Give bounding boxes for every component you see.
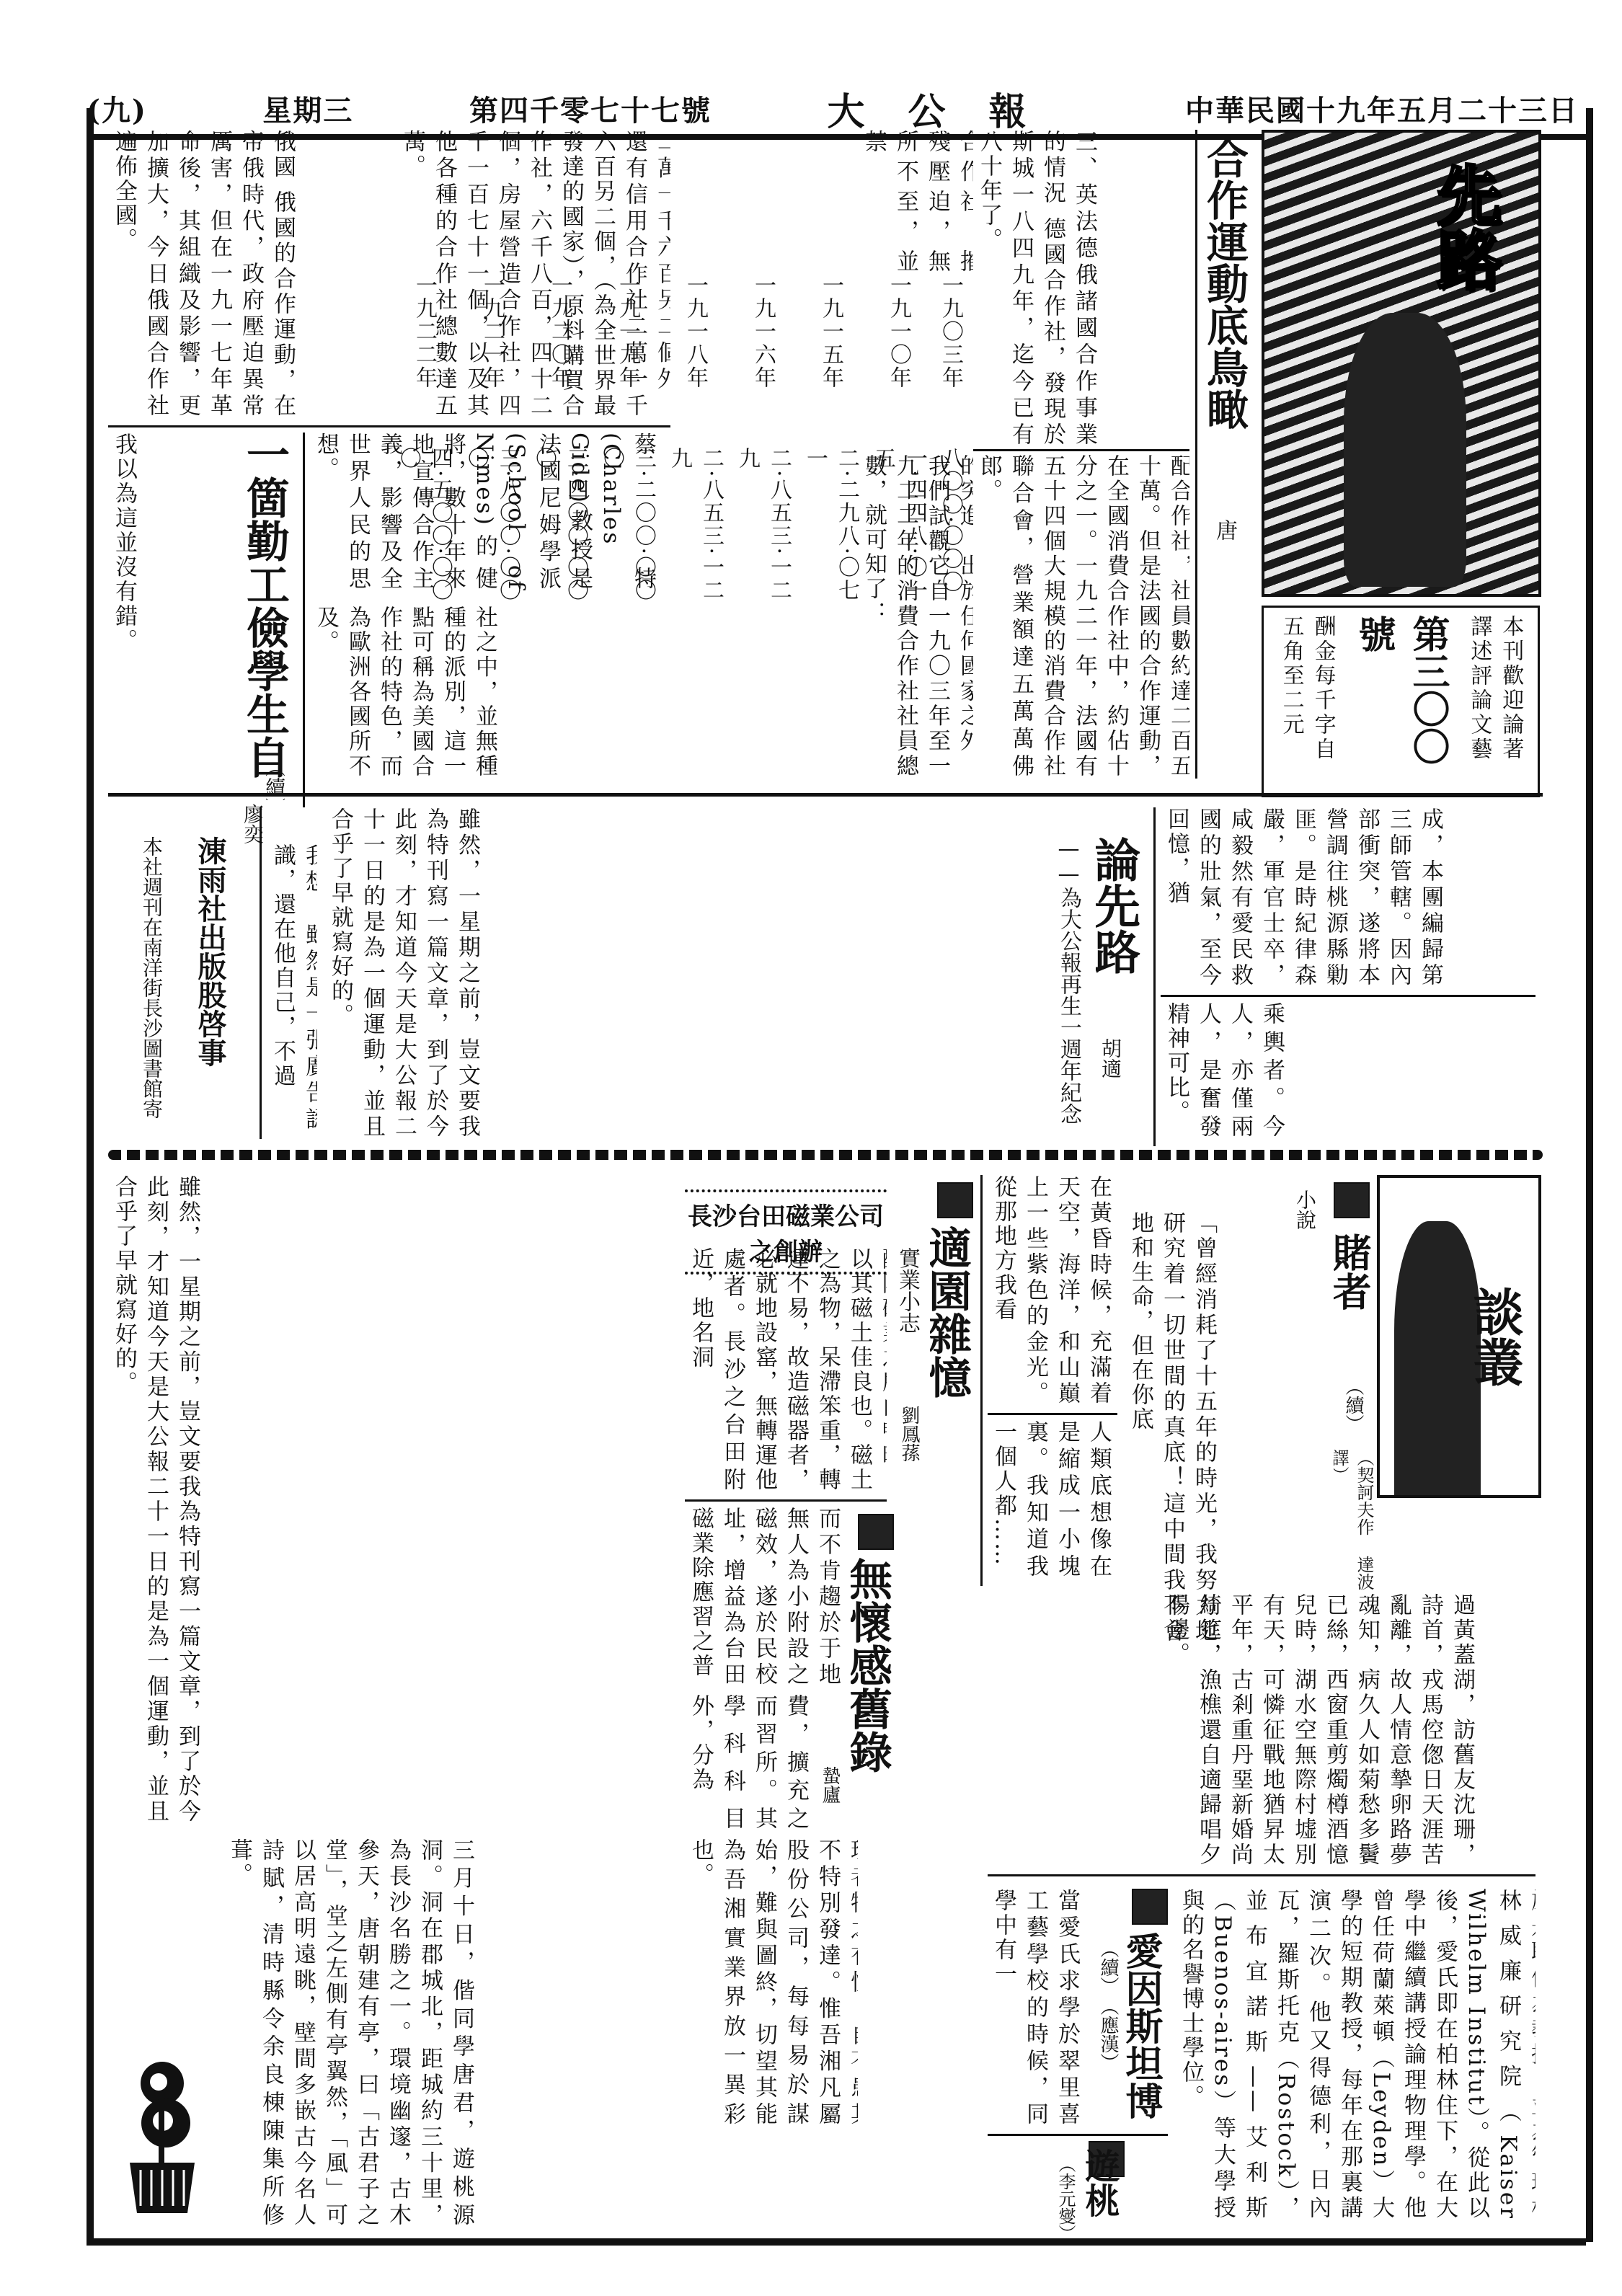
talk-column-illustration: 談叢 <box>1377 1175 1541 1498</box>
column-divider <box>260 807 262 1139</box>
advertisement-text: 我想，雖然是一張廣告認識，還在他自己，不過 <box>267 843 317 1132</box>
column-notice-box: 本刊歡迎論著 譯述評論文藝 第三〇〇號 酬金每千字自 五角至二元 <box>1262 606 1540 797</box>
article-subtitle-editorial: ——為大公報再生一週年紀念作—— <box>1052 836 1084 1139</box>
story-body-gambler-3: 人類底想像在是縮成一小塊裏。我知道我一個人都…… <box>988 1420 1117 1579</box>
column-divider <box>980 1175 983 1586</box>
article-body-student-2: 社之中，並無種種的派別，這一點可稱為美國合作社的特色，而為歐洲各國所不及。 <box>310 606 670 779</box>
table-row: 一九一八年二·八五三·一二九 <box>663 274 727 606</box>
article-body-cooperative-4: 以上的數目，達全國人口三分之一。除消費合作社二萬一千六百另二個外，還有信用合作社… <box>396 130 670 418</box>
page-bottom-rule <box>87 2238 1586 2246</box>
table-value: 二·八五三·一二九 <box>663 447 727 606</box>
story-body-gambler-2: 底尖頂，從那地方我看到了日光怎樣的從早上升了起來，而且在黃昏時候，充滿着天空，海… <box>988 1175 1117 1406</box>
ornamental-divider <box>108 1150 1543 1160</box>
article-title-cooperative: 合作運動底鳥瞰 <box>1204 137 1254 512</box>
article-author-student: 廖奕 <box>238 804 267 847</box>
article-body-cooperative-2: 一八四八年以前，德國合作事業並不發達，直到十九世紀的末葉，才有大大的進步。戰前德… <box>858 130 973 274</box>
article-body-editorial-3: 乘輿者。今人，亦僅兩人，是奮發精神可比。 <box>1161 1002 1535 1139</box>
section-divider <box>1161 995 1535 997</box>
article-author-memoir: 蟄廬 <box>815 1766 843 1831</box>
article-body-memoir-1: 業，遂使貧藥，抒！第八高科，既卓著成十二年，另擇費，擴充之而習所。其學科科目外，… <box>685 1694 815 1831</box>
notice-call: 本刊歡迎論著 譯述評論文藝 <box>1463 615 1526 788</box>
article-title-editorial: 論先路 <box>1096 836 1146 1024</box>
supplement-masthead-illustration: 先路 <box>1262 130 1541 597</box>
story-title-gambler: 賭者 <box>1334 1233 1377 1377</box>
newspaper-page: 先路 本刊歡迎論著 譯述評論文藝 第三〇〇號 酬金每千字自 五角至二元 合作運動… <box>87 108 1593 2242</box>
article-body-cooperative-3: 的突進，出於任何國家之外，我們試觀它自一九〇三年至一九二二年的消費合作社社員總數… <box>858 454 973 779</box>
section-divider <box>685 1499 887 1502</box>
table-value: 二·二九八·〇七一 <box>799 447 862 606</box>
supplement-name: 先路 <box>1416 161 1510 291</box>
column-divider <box>1195 130 1197 779</box>
article-body-einstein-2: 旅是聘他為教授，並為管理柏林威廉研究院（Kaiser Wilhelm Insti… <box>1175 1889 1535 2220</box>
table-year: 一九一五年 <box>815 274 846 418</box>
section-divider <box>108 425 670 427</box>
article-author-garden: 劉鳳蓀 <box>894 1406 923 1550</box>
column-divider <box>303 433 305 807</box>
notice-issue-number: 第三〇〇號 <box>1347 615 1455 788</box>
flower-pot-ornament-icon <box>115 2055 209 2220</box>
article-note-einstein: （續） <box>1096 1939 1122 1997</box>
table-row: 一九一五年二·二九八·〇七一 <box>799 274 862 606</box>
article-title-student: 一箇勤工儉學生自述 <box>238 433 296 779</box>
article-subtitle-garden: 實業小志 <box>894 1247 923 1391</box>
article-author-editorial: 胡適 <box>1096 1038 1125 1125</box>
column-divider <box>1153 807 1156 1146</box>
section-divider <box>988 1874 1535 1876</box>
article-title-einstein: 愛因斯坦博士 <box>1125 1932 1168 2148</box>
section-ornament-icon <box>937 1182 973 1218</box>
article-body-student-3: 我以為這並沒有錯。 <box>108 433 231 779</box>
story-author-gambler: （契訶夫作 達波譯） <box>1334 1449 1377 1593</box>
table-row: 一九一六年二·八五三·一二九 <box>731 274 794 606</box>
table-year: 一九一八年 <box>679 274 711 418</box>
article-body-garden: 而不肯趨於于地無人為小附設之磁效，遂於民校址，增益為台田磁業除應習之普 <box>685 1507 851 1687</box>
article-body-taoyuan: 三月十日，偕同學唐君，遊桃源洞。洞在郡城北，距城約三十里，為長沙名勝之一。環境幽… <box>223 1838 1045 2228</box>
notice-fee: 酬金每千字自 五角至二元 <box>1275 615 1339 788</box>
poem-body: 過黃蓋湖，訪舊友沈珊，詩首，戎馬倥偬日天涯苦亂離，故人情意摯卵路夢魂知，病久人如… <box>1161 1593 1535 1867</box>
table-year: 一九一〇年 <box>882 274 914 418</box>
section-ornament-icon <box>1132 1889 1168 1925</box>
section-ornament-icon <box>1334 1182 1370 1218</box>
article-body-student-1: 蔡特(Charles Gide)教授是法國尼姆學派(School of Nime… <box>310 433 670 591</box>
article-body-kiln: 醴陵磁業之所由暢旺，以其磁土佳良也。磁土之為物，呆滯笨重，轉運不易，故造磁器者，… <box>685 1247 887 1492</box>
story-note-gambler: （續） <box>1341 1377 1367 1449</box>
article-body-cooperative-5: 俄國 俄國的合作運動，在帝俄時代，政府壓迫異常厲害，但在一九一七年革命後，其組織… <box>108 130 389 418</box>
article-title-garden: 適園雜憶 <box>930 1225 978 1514</box>
table-year: 一九〇三年 <box>934 274 966 418</box>
article-body-editorial-2: 成，本團編歸第三師管轄。因內部衝突，遂將本營調往桃源縣勦匪。是時紀律森嚴，軍官士… <box>1161 807 1535 988</box>
article-body-editorial-continued: 雖然，一星期之前，豈文要我為特刊寫一篇文章，到了於今此刻，才知道今天是大公報二十… <box>108 1175 678 1824</box>
notice-title: 涷雨社出版股啓事 <box>187 836 231 1125</box>
section-ornament-icon <box>858 1514 894 1550</box>
article-body-cooperative-1: 三、英法德俄諸國合作事業的情況 德國合作社，發現於斯城一八四九年，迄今已有八十年… <box>973 130 1189 447</box>
section-divider <box>988 1413 1117 1415</box>
table-value: 二·八五三·一二九 <box>731 447 794 606</box>
horse-rider-figure-icon <box>1344 313 1466 587</box>
article-title-memoir: 無懷感舊錄 <box>851 1557 898 1831</box>
article-title-taoyuan: 遊桃源洞祛感 <box>1081 2148 1125 2235</box>
section-divider <box>108 793 1543 797</box>
section-divider <box>973 449 1189 451</box>
article-body-cooperative-6: 不小。 法國現有四千多個分配合作社，社員數約達二百五十萬。但是法國的合作運動，在… <box>973 454 1189 779</box>
article-author-einstein: （應漢） <box>1096 1997 1122 2083</box>
article-author-cooperative: 唐 <box>1211 519 1240 562</box>
story-category: 小說 <box>1290 1189 1319 1276</box>
article-body-editorial-1: 雖然，一星期之前，豈文要我為特刊寫一篇文章，到了於今此刻，才知道今天是大公報二十… <box>324 807 1045 1139</box>
talk-column-name: 談叢 <box>1458 1286 1531 1387</box>
article-author-taoyuan: （李元燮） <box>1052 2155 1078 2235</box>
table-year: 一九一六年 <box>747 274 779 418</box>
story-body-gambler-1: 「曾經消耗了十五年的時光，我努力地研究着一切世間的真底！這中間我不會地和生命，但… <box>1125 1211 1283 1644</box>
notice-body: 本社週刊在南洋街長沙圖書館寄售。 <box>137 836 166 1139</box>
